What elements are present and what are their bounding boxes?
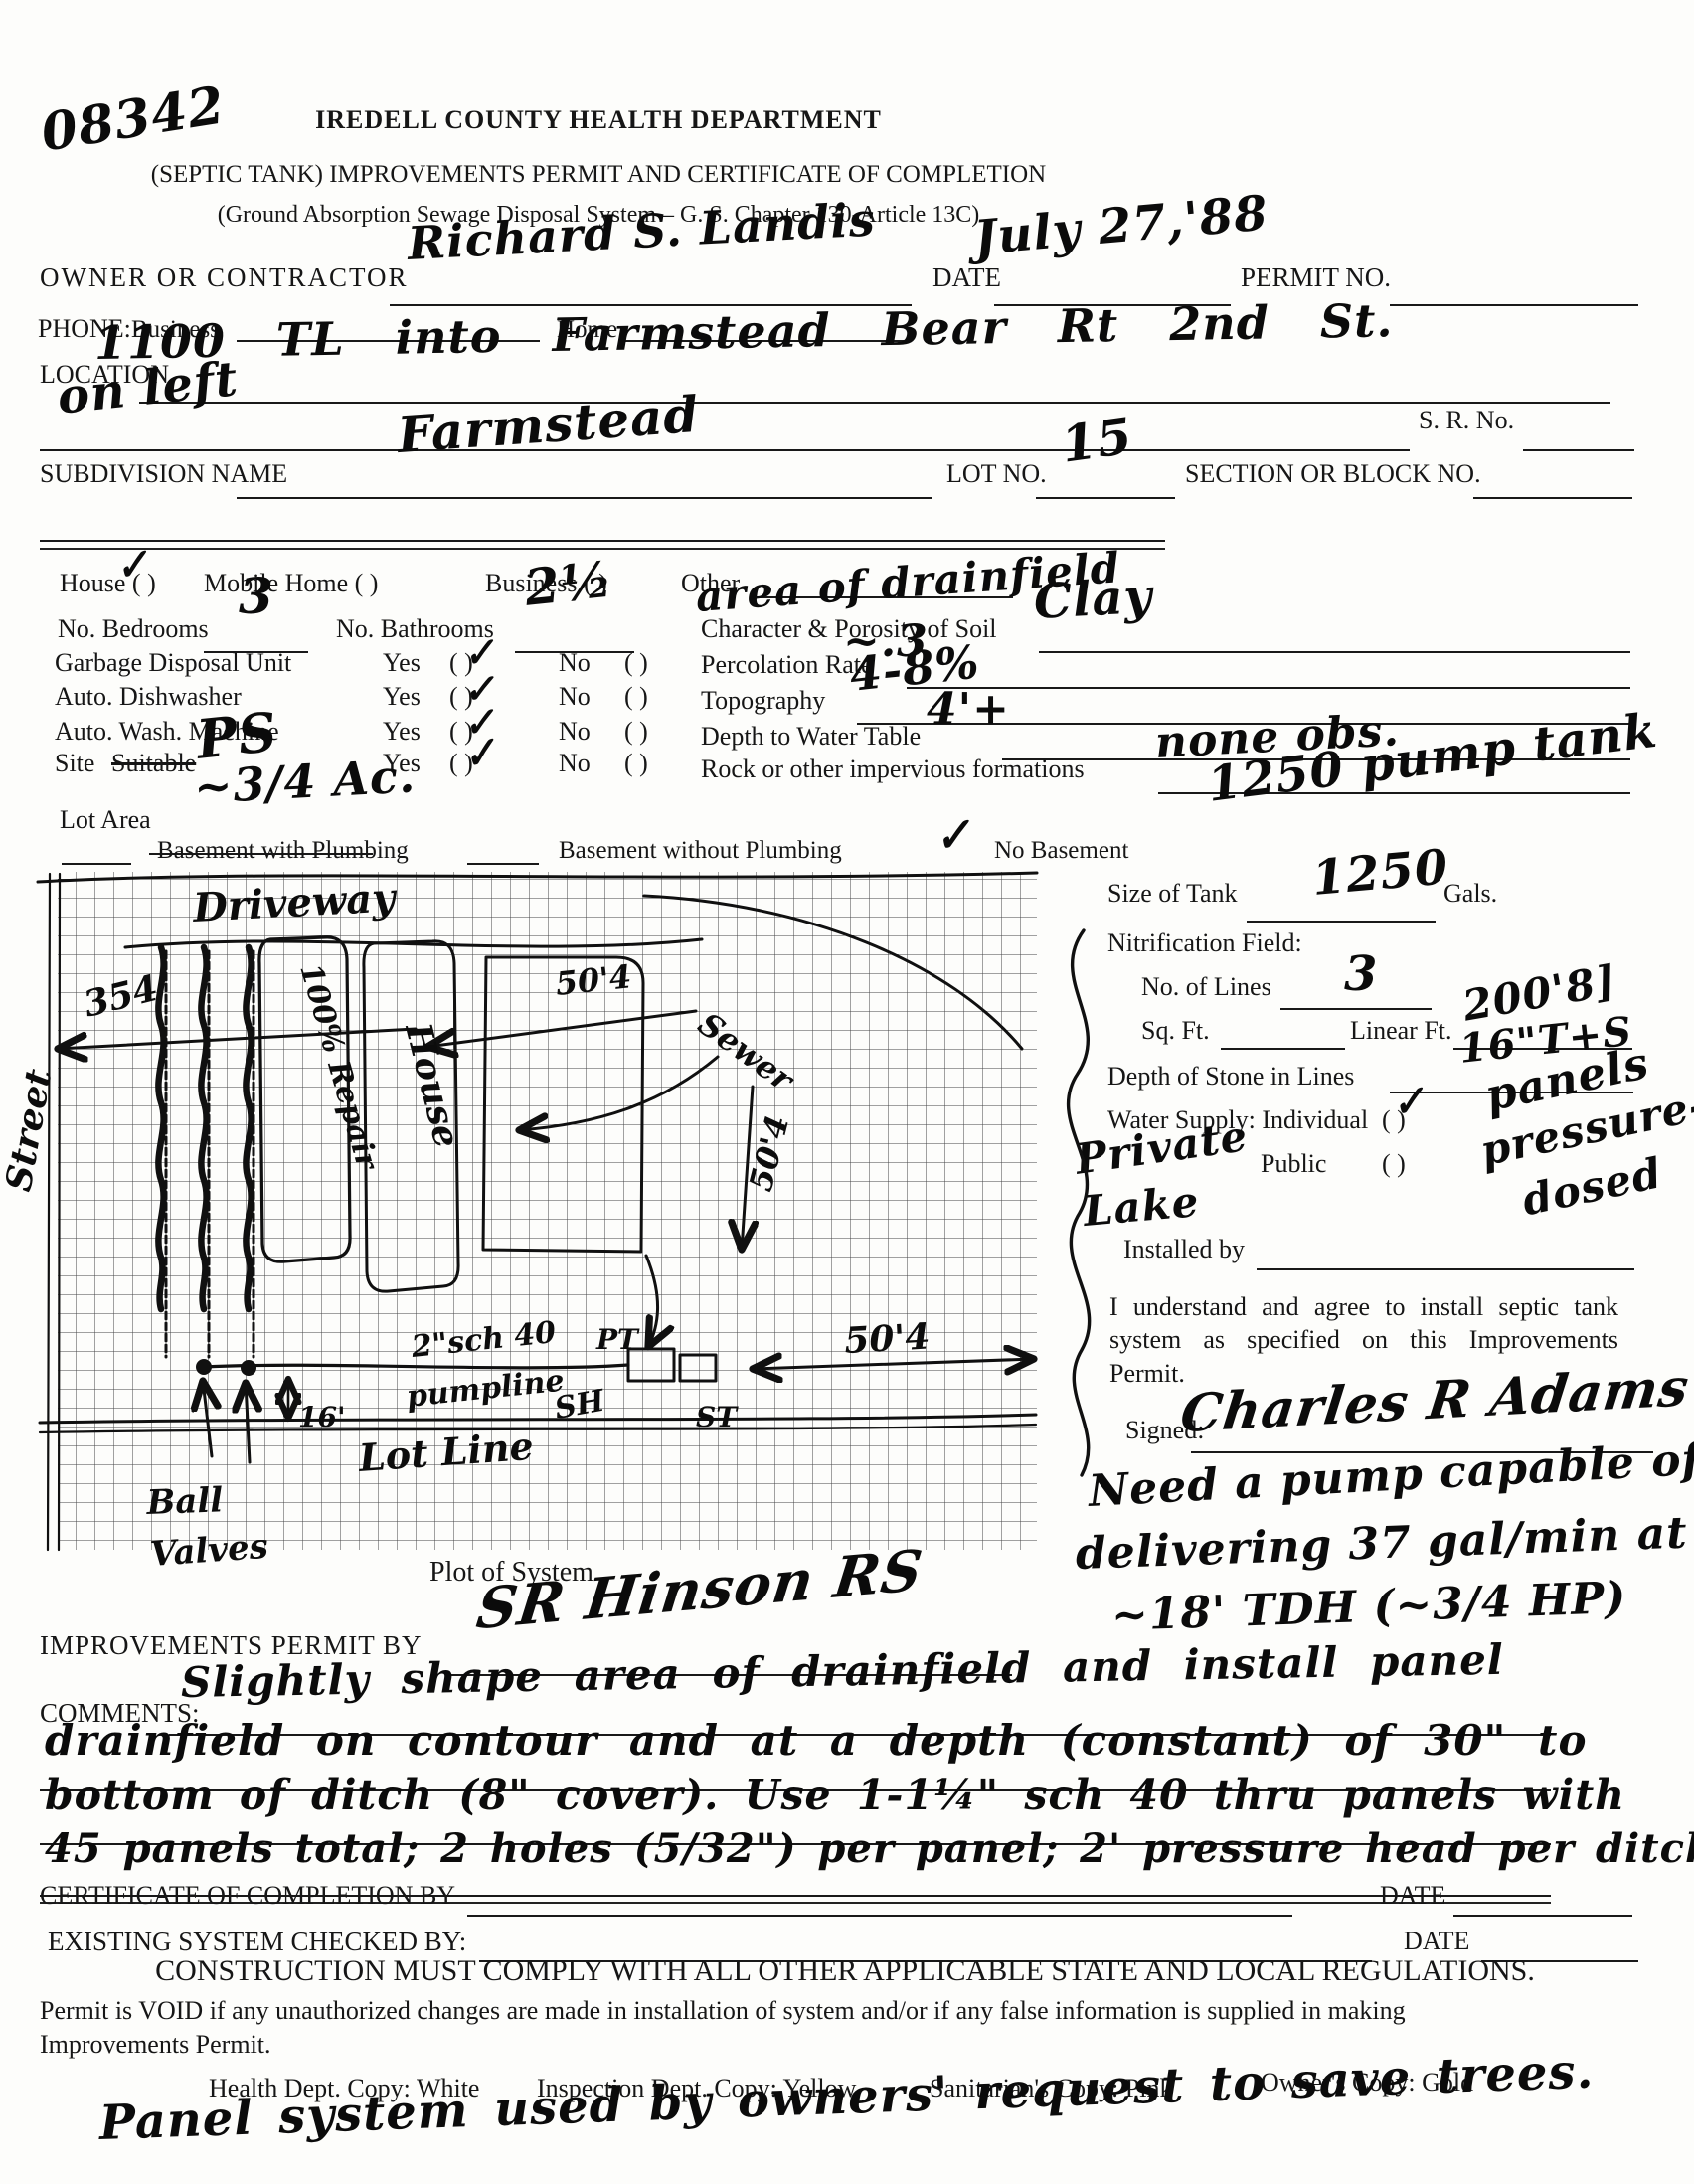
footer-note: Panel system used by owners' request to … [98,2044,1595,2151]
stone-depth-label: Depth of Stone in Lines [1107,1062,1354,1092]
lines-value: 3 [1344,946,1378,1002]
yes-label: Yes [383,717,421,747]
st-label: ST [696,1401,739,1433]
pump-note-line-2: delivering 37 gal/min at [1075,1508,1688,1580]
dim-50c-label: 50'4 [843,1316,931,1362]
house-outline [483,957,643,1252]
tank-size-label: Size of Tank [1107,879,1238,909]
owner-label: OWNER OR CONTRACTOR [40,262,409,293]
section-label: SECTION OR BLOCK NO. [1185,459,1481,489]
yes-label: Yes [383,648,421,678]
lot-area-value: ~3/4 Ac. [193,749,418,814]
repair-area-outline [259,937,350,1261]
ball-valve-arrow-2 [246,1383,250,1462]
dim-50b-label: 50'4 [742,1111,796,1195]
lot-line-rule [40,1415,1036,1423]
existing-system-label: EXISTING SYSTEM CHECKED BY: [48,1927,466,1957]
scanned-permit-form: 08342 IREDELL COUNTY HEALTH DEPARTMENT (… [0,0,1694,2184]
dim-50c-arrow [753,1359,1034,1369]
lines-label: No. of Lines [1141,972,1271,1002]
certificate-date-label: DATE [1380,1881,1445,1911]
sr-no-label: S. R. No. [1419,406,1514,435]
subdivision-label: SUBDIVISION NAME [40,459,287,489]
construction-notice: CONSTRUCTION MUST COMPLY WITH ALL OTHER … [60,1954,1630,1988]
subdivision-value: Farmstead [396,385,701,464]
dim-16-label: 16' [298,1401,346,1433]
drainfield-trench-3 [246,947,251,1309]
sr-no-line [1523,449,1634,451]
subdivision-line [237,497,932,499]
public-label: Public [1261,1149,1326,1179]
house-to-tank-arrow [646,1256,658,1347]
basement-without-label: Basement without Plumbing [559,837,842,865]
basement-with-label: Basement with Plumbing [157,837,409,865]
dim-50a-label: 50'4 [554,957,633,1003]
date-label: DATE [932,262,1001,293]
tank-size-value: 1250 [1310,839,1451,907]
lot-no-label: LOT NO. [946,459,1047,489]
comment-line-2: drainfield on contour and at a depth (co… [45,1716,1587,1764]
graph-paper [58,872,1037,1550]
nitrification-label: Nitrification Field: [1107,928,1302,958]
section-line [1473,497,1632,499]
repair-label: 100% Repair [292,960,385,1176]
ball-valve-dot-2 [241,1360,256,1376]
sewer-arrow-2 [519,1057,718,1130]
sketch-left-border-2 [59,874,60,1550]
individual-check: ✓ [1388,1076,1430,1127]
ball-valve-dot-1 [196,1359,212,1375]
drainfield-trench-2 [201,947,206,1309]
no-paren: ( ) [624,717,648,747]
pump-line [204,1365,628,1368]
page-subtitle: (SEPTIC TANK) IMPROVEMENTS PERMIT AND CE… [0,161,1197,189]
lot-no-line [1036,497,1175,499]
soil-character-value: Clay [1033,569,1154,630]
valves-label: Valves [149,1527,269,1575]
void-text-1: Permit is VOID if any unauthorized chang… [40,1996,1406,2026]
private-note: Private [1073,1111,1252,1184]
no-paren: ( ) [624,648,648,678]
yes-label: Yes [383,682,421,712]
lot-line-label: Lot Line [356,1424,535,1480]
tank-size-line [1247,921,1436,923]
dim-354-arrow [58,1029,416,1049]
no-paren: ( ) [624,682,648,712]
site-label: Site [55,749,94,778]
soil-character-line [1039,651,1630,653]
void-text-2: Improvements Permit. [40,2030,271,2060]
no-label: No [559,648,591,678]
dim-50b-arrow [742,1087,753,1250]
improvements-permit-signature: SR Hinson RS [473,1537,927,1642]
basement-with-line [62,863,131,865]
lot-area-label: Lot Area [60,805,151,835]
pt-label: PT [595,1323,640,1356]
sketch-top-border [38,873,1037,882]
topography-label: Topography [701,686,825,716]
public-paren: ( ) [1382,1149,1406,1179]
no-basement-label: No Basement [994,837,1128,865]
certificate-date-line [1453,1915,1632,1917]
site-suitable-struck: Suitable [111,749,196,778]
bedrooms-value: 3 [239,567,274,625]
comment-line-3: bottom of ditch (8" cover). Use 1-1¼" sc… [45,1771,1625,1819]
lot-line-rule-2 [40,1425,1036,1432]
section-divider [40,540,1165,542]
no-basement-check: ✓ [931,808,975,864]
mobile-home-option: Mobile Home ( ) [204,569,378,598]
gals-label: Gals. [1443,879,1497,909]
pump-note-line-3: ~18' TDH (~3/4 HP) [1110,1573,1627,1641]
no-paren: ( ) [624,749,648,778]
pumpline-label: pumpline [405,1364,566,1415]
sh-label: SH [552,1383,608,1426]
driveway-underline [125,939,702,947]
comment-line-4: 45 panels total; 2 holes (5/32") per pan… [45,1825,1694,1872]
ball-valve-arrow-1 [203,1381,212,1456]
ball-label: Ball [145,1480,224,1523]
linear-ft-label: Linear Ft. [1350,1016,1452,1046]
bedrooms-label: No. Bedrooms [58,614,209,644]
driveway-label: Driveway [191,874,399,931]
dim-354-label: 354 [80,967,162,1026]
second-address-line [40,449,1410,451]
percolation-line [907,687,1630,689]
permit-no-line [1390,304,1638,306]
sewer-arrow-1 [427,1011,696,1047]
page-title: IREDELL COUNTY HEALTH DEPARTMENT [0,105,1197,135]
sketch-left-border [48,874,50,1550]
water-table-value: 4'+ [927,684,1010,735]
lines-line [1280,1008,1432,1010]
street-label: Street [0,1066,60,1195]
location-value: 1100 TL into Farmstead Bear Rt 2nd St. [94,293,1394,370]
sewer-label: Sewer [691,1005,802,1100]
sqft-line [1221,1048,1345,1050]
pump-note-line-1: Need a pump capable of [1088,1434,1694,1517]
no-label: No [559,717,591,747]
location-line [139,402,1610,404]
pump-tank-box [628,1349,674,1381]
basement-without-line [467,863,539,865]
lake-note: Lake [1082,1177,1201,1236]
rock-label: Rock or other impervious formations [701,755,1085,784]
appliance-label: Garbage Disposal Unit [55,648,291,678]
lot-no-value: 15 [1058,406,1136,473]
installed-by-line [1257,1268,1634,1270]
date-value: July 27,'88 [972,185,1270,266]
plot-sketch: Driveway 354 Street 100% Repair House Se… [0,860,1054,1600]
installed-by-label: Installed by [1123,1235,1245,1264]
house-label: House [397,1018,468,1152]
no-label: No [559,749,591,778]
existing-date-label: DATE [1404,1927,1469,1956]
septic-tank-box [680,1355,716,1381]
driveway-curve [644,896,1022,1049]
pipe-label: 2"sch 40 [409,1315,558,1365]
walk-outline [364,941,458,1291]
permit-no-label: PERMIT NO. [1241,262,1391,293]
sqft-label: Sq. Ft. [1141,1016,1210,1046]
drainfield-trench-1 [158,947,163,1309]
bathrooms-value: 2½ [522,550,616,617]
certificate-line [467,1915,1292,1917]
water-table-label: Depth to Water Table [701,722,921,752]
certificate-label: CERTIFICATE OF COMPLETION BY [40,1881,455,1911]
no-label: No [559,682,591,712]
